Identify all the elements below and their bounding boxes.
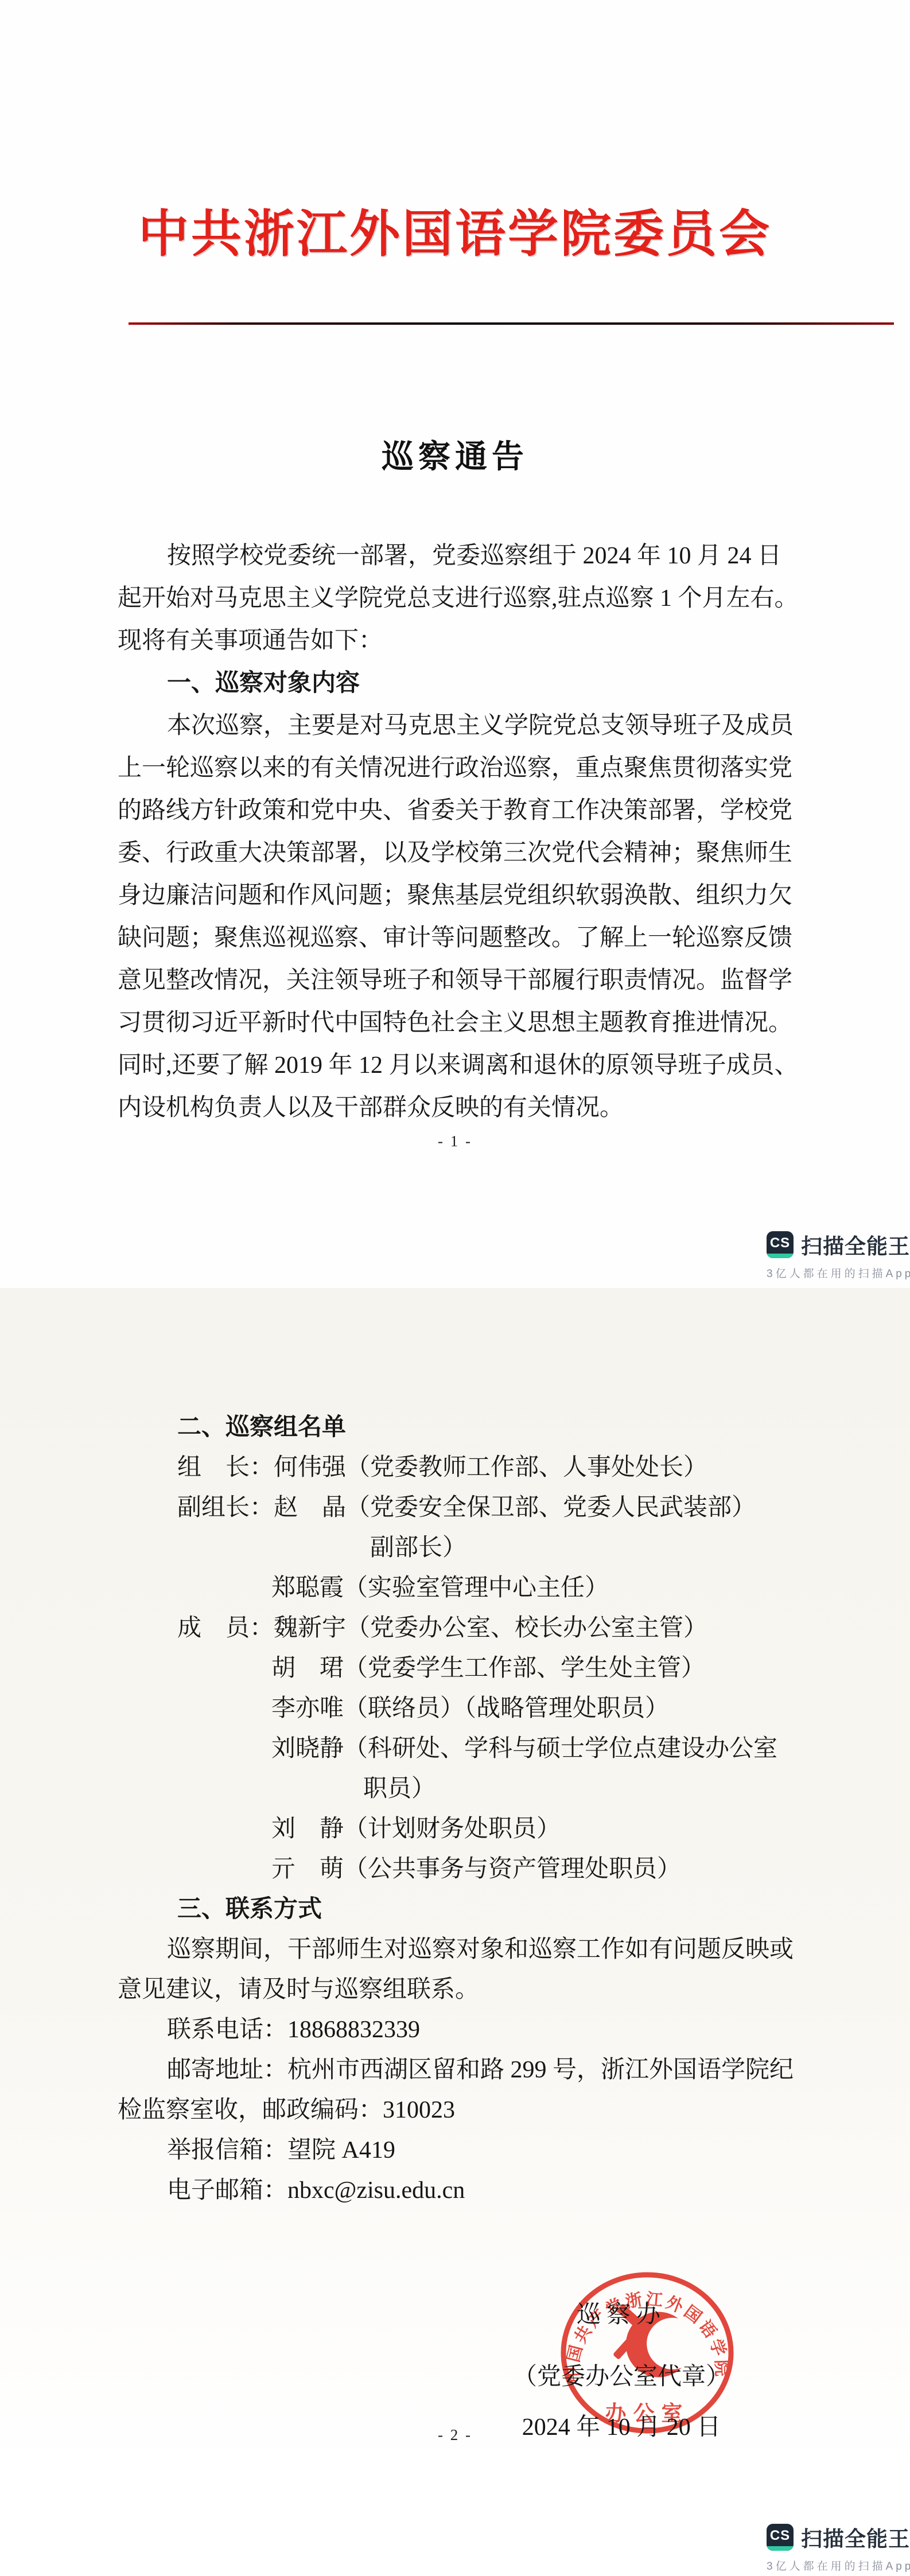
document-text-line: 缺问题；聚焦巡视巡察、审计等问题整改。了解上一轮巡察反馈 [118,917,802,959]
camscanner-cs-icon: CS [767,2524,794,2551]
cs-icon-teal-bar [767,1254,794,1258]
camscanner-brand-name: 扫描全能王™ [801,1229,910,1260]
document-text-line: 的路线方针政策和党中央、省委关于教育工作决策部署，学校党 [118,789,802,832]
document-text-line: 刘晓静（科研处、学科与硕士学位点建设办公室 [118,1729,802,1769]
page2-body-text: 二、巡察组名单组 长：何伟强（党委教师工作部、人事处处长）副组长：赵 晶（党委安… [118,1407,802,2211]
camscanner-cs-icon: CS [767,1231,794,1258]
camscanner-tagline: 3亿人都在用的扫描App [767,1265,910,1281]
camscanner-tagline: 3亿人都在用的扫描App [767,2558,910,2573]
document-text-line: 成 员：魏新宇（党委办公室、校长办公室主管） [118,1608,802,1648]
document-text-line: 副部长） [118,1528,802,1568]
camscanner-brand-name: 扫描全能王™ [801,2521,910,2552]
signature-block: 巡察办 （党委办公室代章） 2024 年 10 月 20 日 [492,2295,750,2442]
document-text-line: 二、巡察组名单 [118,1407,802,1447]
camscanner-logo-row: CS 扫描全能王™ [767,1229,910,1260]
document-text-line: 起开始对马克思主义学院党总支进行巡察,驻点巡察 1 个月左右。 [118,577,802,620]
notice-title: 巡察通告 [0,431,910,477]
page1-body-text: 按照学校党委统一部署，党委巡察组于 2024 年 10 月 24 日起开始对马克… [118,535,802,1129]
document-text-line: 三、联系方式 [118,1889,802,1929]
document-text-line: 上一轮巡察以来的有关情况进行政治巡察，重点聚焦贯彻落实党 [118,747,802,789]
document-text-line: 副组长：赵 晶（党委安全保卫部、党委人民武装部） [118,1488,802,1528]
document-text-line: 习贯彻习近平新时代中国特色社会主义思想主题教育推进情况。 [118,1002,802,1044]
document-text-line: 郑聪霞（实验室管理中心主任） [118,1568,802,1608]
document-text-line: 现将有关事项通告如下： [118,620,802,662]
page-1: 中共浙江外国语学院委员会 巡察通告 按照学校党委统一部署，党委巡察组于 2024… [0,0,910,1288]
document-text-line: 组 长：何伟强（党委教师工作部、人事处处长） [118,1447,802,1488]
title-divider-line [129,322,894,325]
document-text-line: 本次巡察，主要是对马克思主义学院党总支领导班子及成员 [118,705,802,747]
scanned-document: 中共浙江外国语学院委员会 巡察通告 按照学校党委统一部署，党委巡察组于 2024… [0,0,910,2576]
document-text-line: 举报信箱：望院 A419 [118,2130,802,2170]
org-title: 中共浙江外国语学院委员会 [0,194,910,266]
cs-icon-teal-bar [767,2546,794,2551]
document-text-line: 巡察期间，干部师生对巡察对象和巡察工作如有问题反映或 [118,1929,802,1970]
document-text-line: 同时,还要了解 2019 年 12 月以来调离和退休的原领导班子成员、 [118,1044,802,1087]
document-text-line: 检监察室收，邮政编码：310023 [118,2090,802,2130]
document-text-line: 内设机构负责人以及干部群众反映的有关情况。 [118,1087,802,1129]
cs-icon-letters: CS [770,1235,790,1251]
page2-number: - 2 - [0,2426,910,2444]
document-text-line: 职员） [118,1769,802,1809]
camscanner-watermark: CS 扫描全能王™ 3亿人都在用的扫描App [767,2521,910,2573]
camscanner-watermark: CS 扫描全能王™ 3亿人都在用的扫描App [767,1229,910,1281]
document-text-line: 胡 珺（党委学生工作部、学生处主管） [118,1648,802,1688]
signature-office: 巡察办 [492,2295,750,2330]
document-text-line: 身边廉洁问题和作风问题；聚焦基层党组织软弱涣散、组织力欠 [118,874,802,917]
cs-icon-letters: CS [770,2528,790,2544]
document-text-line: 刘 静（计划财务处职员） [118,1809,802,1849]
document-text-line: 电子邮箱：nbxc@zisu.edu.cn [118,2170,802,2211]
document-text-line: 委、行政重大决策部署，以及学校第三次党代会精神；聚焦师生 [118,832,802,874]
brand-text: 扫描全能王 [801,1235,910,1258]
document-text-line: 亓 萌（公共事务与资产管理处职员） [118,1849,802,1889]
camscanner-logo-row: CS 扫描全能王™ [767,2521,910,2552]
document-text-line: 联系电话：18868832339 [118,2010,802,2050]
document-text-line: 邮寄地址：杭州市西湖区留和路 299 号，浙江外国语学院纪 [118,2050,802,2090]
document-text-line: 按照学校党委统一部署，党委巡察组于 2024 年 10 月 24 日 [118,535,802,577]
brand-text: 扫描全能王 [801,2527,910,2551]
document-text-line: 李亦唯（联络员）（战略管理处职员） [118,1688,802,1729]
page1-number: - 1 - [0,1133,910,1150]
signature-date: 2024 年 10 月 20 日 [492,2408,750,2442]
document-text-line: 意见整改情况，关注领导班子和领导干部履行职责情况。监督学 [118,959,802,1002]
document-text-line: 意见建议，请及时与巡察组联系。 [118,1970,802,2010]
page-2: 二、巡察组名单组 长：何伟强（党委教师工作部、人事处处长）副组长：赵 晶（党委安… [0,1288,910,2576]
signature-proxy-note: （党委办公室代章） [492,2357,750,2392]
document-text-line: 一、巡察对象内容 [118,662,802,705]
